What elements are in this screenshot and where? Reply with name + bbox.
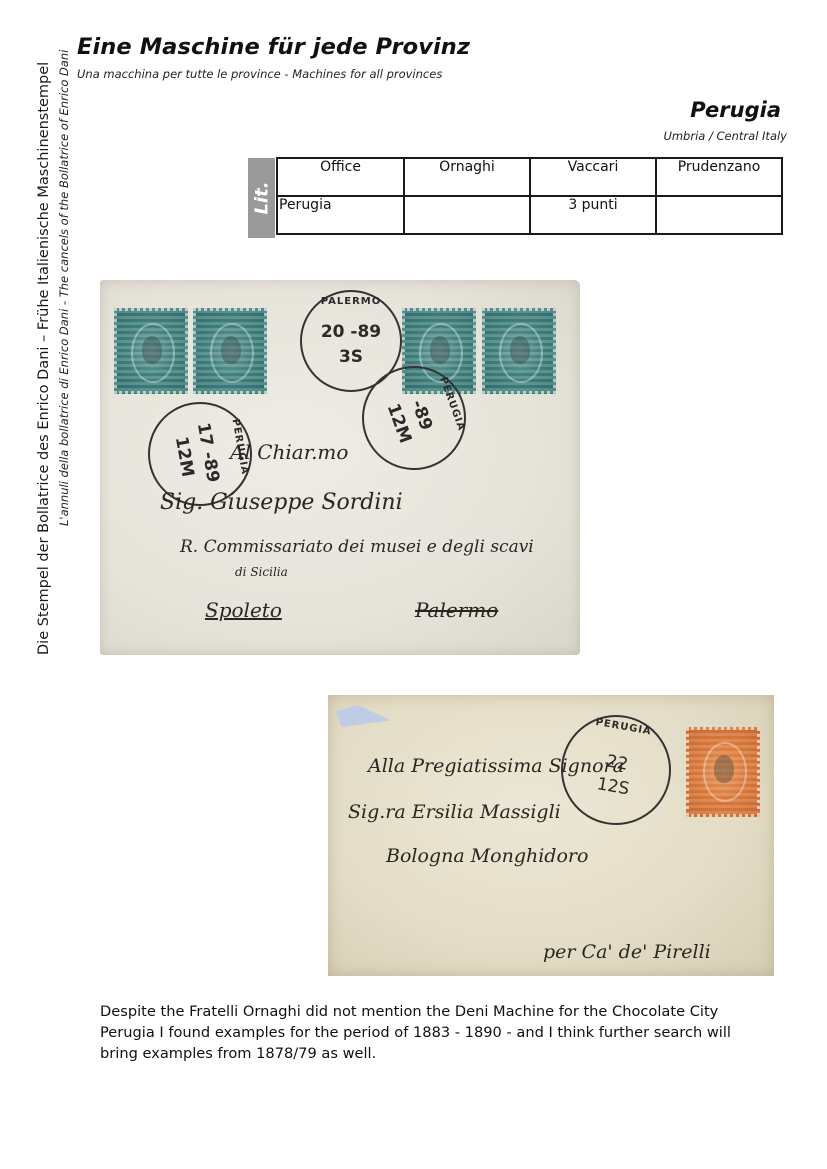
table-header-office: Office bbox=[277, 158, 404, 196]
lit-label-text: Lit. bbox=[251, 181, 272, 214]
side-titles: Die Stempel der Bollatrice des Enrico Da… bbox=[0, 0, 80, 1169]
caption-text: Despite the Fratelli Ornaghi did not men… bbox=[100, 1001, 740, 1064]
address-line: Sig. Giuseppe Sordini bbox=[160, 490, 403, 515]
side-title-german: Die Stempel der Bollatrice des Enrico Da… bbox=[36, 62, 52, 655]
address-line: Bologna Monghidoro bbox=[386, 845, 588, 867]
stamp-icon bbox=[114, 308, 188, 394]
table-header-vaccari: Vaccari bbox=[530, 158, 656, 196]
table-header-row: Office Ornaghi Vaccari Prudenzano bbox=[277, 158, 782, 196]
envelope-image-2: PERUGIA 22 12S Alla Pregiatissima Signor… bbox=[328, 695, 774, 976]
address-line: Palermo bbox=[415, 598, 498, 622]
region-label: Umbria / Central Italy bbox=[663, 129, 787, 143]
address-line: Spoleto bbox=[205, 598, 282, 622]
table-row: Perugia 3 punti bbox=[277, 196, 782, 234]
envelope-flap bbox=[336, 705, 391, 727]
table-cell-ornaghi bbox=[404, 196, 530, 234]
envelope-image-1: PALERMO 20 -89 3S PERUGIA 17 -89 12M PER… bbox=[100, 280, 580, 655]
address-line: di Sicilia bbox=[235, 565, 288, 579]
side-title-italian-english: L'annuli della bollatrice di Enrico Dani… bbox=[57, 50, 71, 526]
table-cell-prudenzano bbox=[656, 196, 782, 234]
table-cell-vaccari: 3 punti bbox=[530, 196, 656, 234]
page-title: Eine Maschine für jede Provinz bbox=[77, 34, 470, 60]
table-header-prudenzano: Prudenzano bbox=[656, 158, 782, 196]
address-line: per Ca' de' Pirelli bbox=[543, 941, 711, 963]
address-line: Al Chiar.mo bbox=[230, 440, 348, 464]
city-heading: Perugia bbox=[690, 98, 781, 122]
machine-table: Office Ornaghi Vaccari Prudenzano Perugi… bbox=[276, 157, 783, 235]
stamp-icon bbox=[686, 727, 760, 817]
lit-label: Lit. bbox=[248, 158, 275, 238]
page-subtitle: Una macchina per tutte le province - Mac… bbox=[77, 67, 442, 81]
table-header-ornaghi: Ornaghi bbox=[404, 158, 530, 196]
address-line: R. Commissariato dei musei e degli scavi bbox=[180, 537, 534, 557]
stamp-icon bbox=[193, 308, 267, 394]
stamp-icon bbox=[482, 308, 556, 394]
address-line: Alla Pregiatissima Signora bbox=[368, 755, 624, 777]
table-cell-office: Perugia bbox=[277, 196, 404, 234]
address-line: Sig.ra Ersilia Massigli bbox=[348, 801, 561, 823]
